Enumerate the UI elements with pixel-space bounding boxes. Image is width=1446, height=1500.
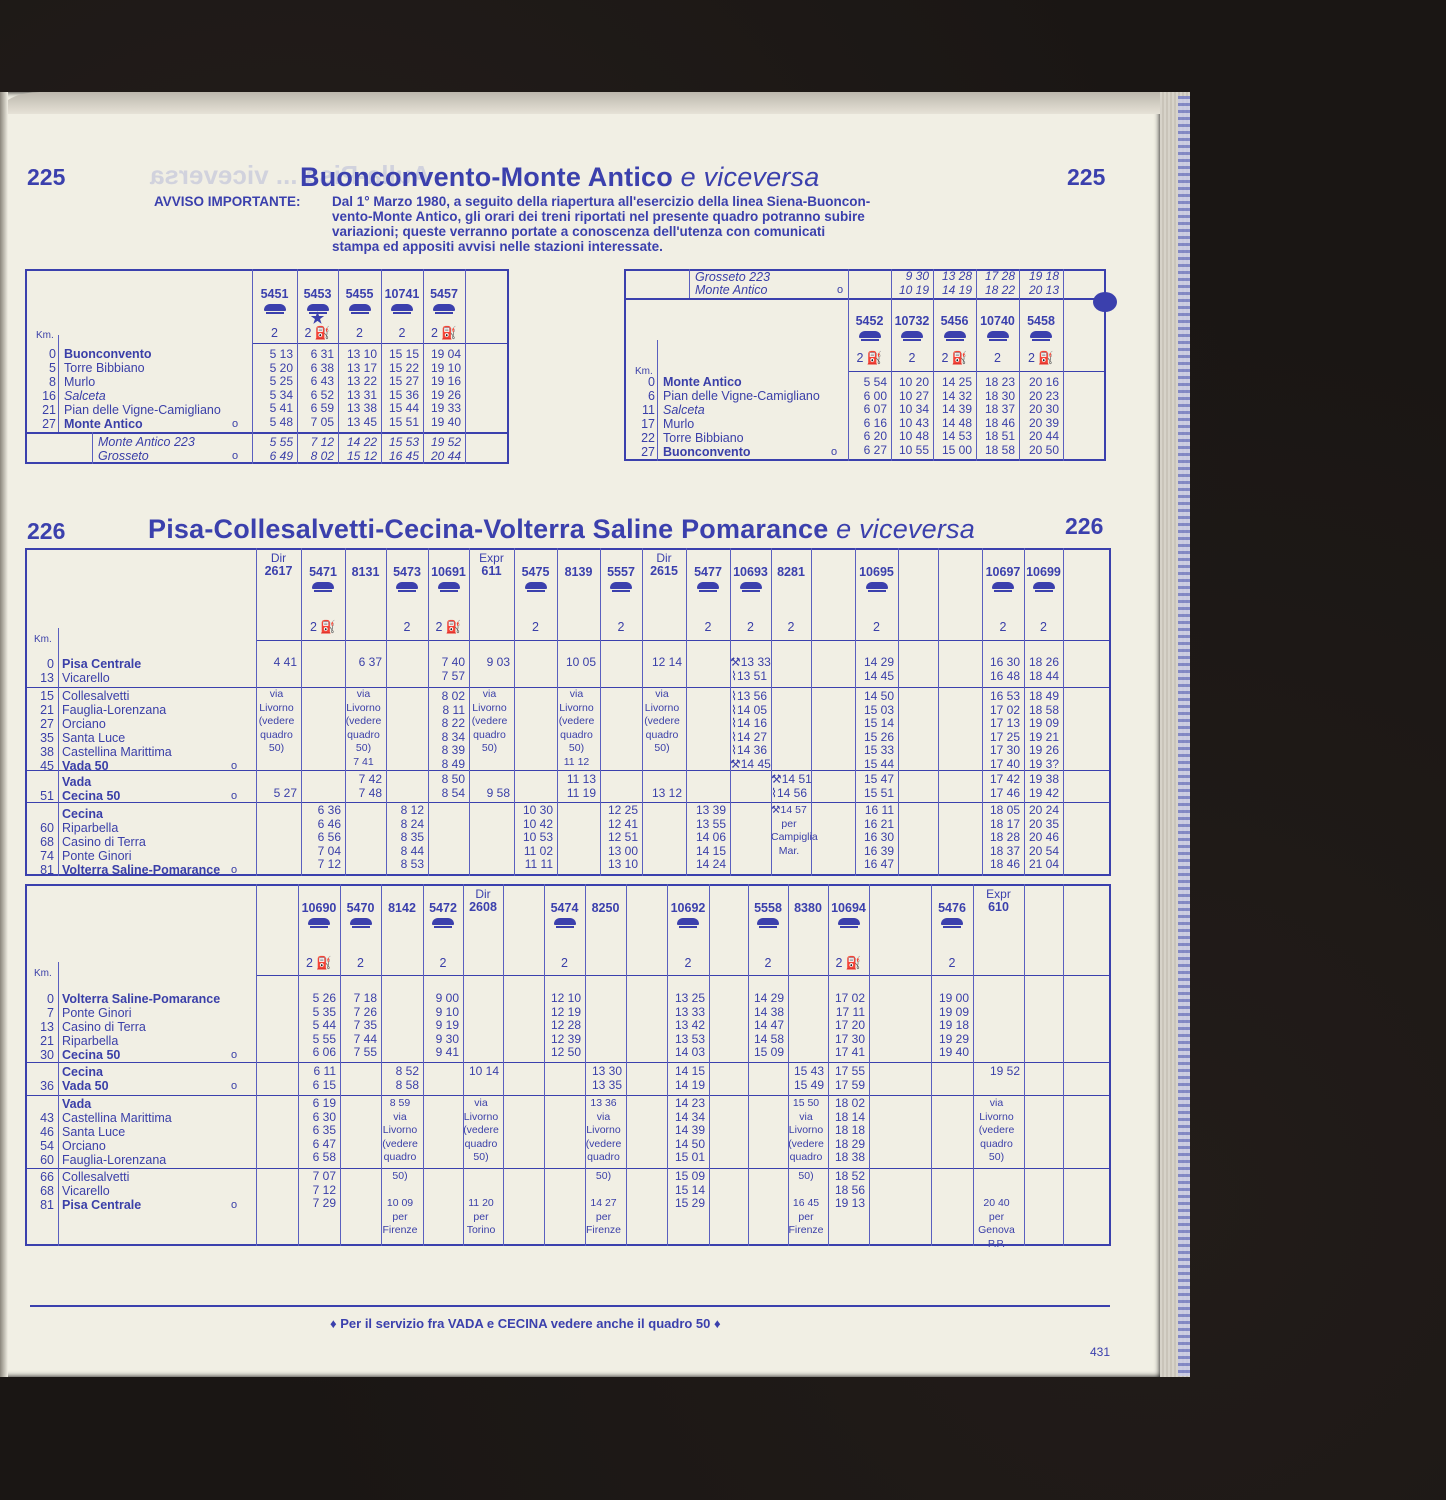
col-line (503, 884, 504, 1246)
train-header: 10740 (976, 315, 1019, 338)
railcar-icon (757, 918, 779, 925)
train-number: 10732 (895, 314, 930, 328)
divider (25, 432, 509, 434)
station-name: Murlo (663, 418, 694, 432)
railcar-icon (391, 304, 413, 311)
time-values: 5 26 5 35 5 44 5 55 6 06 (298, 992, 336, 1060)
col-line (898, 548, 899, 876)
km-value: 54 (34, 1140, 54, 1154)
class-label: 2 (381, 326, 423, 340)
time-values: 19 04 19 10 19 16 19 26 19 33 19 40 (423, 348, 461, 429)
title-text: Buonconvento-Monte Antico (300, 162, 673, 192)
station-name: Cecina (62, 1066, 103, 1080)
train-header: 5455 (338, 288, 381, 311)
railcar-icon (941, 918, 963, 925)
railcar-icon (992, 582, 1014, 589)
col-line (340, 884, 341, 1246)
class-label: 2 (600, 620, 642, 634)
train-number: 8142 (388, 901, 416, 915)
km-value: 30 (34, 1049, 54, 1063)
time-values: 18 49 18 58 19 09 19 21 19 26 19 3? (1024, 690, 1059, 771)
station-name: Riparbella (62, 822, 118, 836)
connection-times: 7 12 8 02 (297, 436, 334, 463)
conn-divider (689, 269, 690, 298)
time-values: 6 37 (345, 656, 382, 670)
railcar-icon (438, 582, 460, 589)
km-value: 17 (635, 418, 655, 432)
train-number: 5472 (429, 901, 457, 915)
train-header: 8142 (381, 902, 423, 915)
class-label: 2 ⛽ (297, 326, 338, 341)
station-name: Salceta (663, 404, 705, 418)
train-header: Expr611 (469, 552, 514, 578)
train-header: 5458 (1019, 315, 1063, 338)
class-label: 2 ⛽ (298, 956, 340, 971)
train-number: 610 (988, 900, 1009, 914)
train-number: 5475 (522, 565, 550, 579)
train-header: Dir2608 (463, 888, 503, 914)
station-name: Vicarello (62, 1185, 110, 1199)
station-name: Vada 50 (62, 1080, 109, 1094)
routing-note: via Livorno (vedere quadro 50) (973, 1097, 1020, 1165)
col-line (748, 884, 749, 1246)
railcar-icon (396, 582, 418, 589)
class-label: 2 (771, 620, 811, 634)
station-name: Orciano (62, 718, 106, 732)
time-values: 15 47 15 51 (855, 773, 894, 800)
conn-divider (92, 432, 93, 464)
km-value: 0 (34, 658, 54, 672)
time-values: 13 12 (642, 773, 682, 800)
train-number: 5558 (754, 901, 782, 915)
railcar-icon (1030, 331, 1052, 338)
railcar-icon (308, 918, 330, 925)
routing-note: via Livorno (vedere quadro 50) (256, 688, 297, 756)
station-name: Torre Bibbiano (64, 362, 145, 376)
routing-note: via Livorno (vedere quadro 50) (642, 688, 682, 756)
col-line (256, 884, 257, 1246)
time-values: 13 10 13 17 13 22 13 31 13 38 13 45 (338, 348, 377, 429)
train-header: Expr610 (973, 888, 1024, 914)
km-value: 0 (635, 376, 655, 390)
station-name: Monte Antico (663, 376, 742, 390)
railcar-icon (859, 331, 881, 338)
station-name: Cecina (62, 808, 103, 822)
km-value: 21 (34, 1035, 54, 1049)
station-name: Ponte Ginori (62, 1007, 131, 1021)
col-line (1024, 884, 1025, 1246)
class-label: 2 (976, 351, 1019, 365)
station-name: Cecina 50 (62, 790, 120, 804)
station-name: Collesalvetti (62, 1171, 129, 1185)
col-line (423, 884, 424, 1246)
class-label: 2 (252, 326, 297, 340)
station-name: Ponte Ginori (62, 850, 131, 864)
time-values: 6 19 6 30 6 35 6 47 6 58 (298, 1097, 336, 1165)
routing-note: 50) 10 09 per Firenze (381, 1170, 419, 1238)
train-header: 5456 (933, 315, 976, 338)
train-number: 5458 (1027, 314, 1055, 328)
train-header: 10690 (298, 902, 340, 925)
km-value: 27 (36, 418, 56, 432)
km-value: 27 (635, 446, 655, 460)
table-226-return (25, 884, 1111, 1246)
connection-times: 19 52 20 44 (423, 436, 461, 463)
time-values: 8 02 8 11 8 22 8 34 8 39 8 49 (428, 690, 465, 771)
km-value: 68 (34, 836, 54, 850)
station-name: Salceta (64, 390, 106, 404)
train-header: 8380 (788, 902, 828, 915)
time-values: 5 54 6 00 6 07 6 16 6 20 6 27 (848, 376, 887, 457)
routing-note: via Livorno (vedere quadro 50) (469, 688, 510, 756)
time-values: 17 42 17 46 (982, 773, 1020, 800)
railcar-icon (987, 331, 1009, 338)
time-values: 4 41 (256, 656, 297, 670)
train-header: 5457 (423, 288, 465, 311)
terminus-marker: o (231, 1049, 237, 1061)
routing-note: 15 50 via Livorno (vedere quadro (788, 1097, 824, 1165)
class-label: 2 (338, 326, 381, 340)
time-values: 13 30 13 35 (585, 1065, 622, 1092)
station-name: Casino di Terra (62, 1021, 146, 1035)
time-values: 15 09 15 14 15 29 (667, 1170, 705, 1211)
km-value: 13 (34, 672, 54, 686)
time-values: 10 30 10 42 10 53 11 02 11 11 (514, 804, 553, 872)
train-number: 5473 (393, 565, 421, 579)
col-line (1063, 884, 1064, 1246)
train-header: 5475 (514, 566, 557, 589)
train-number: 5456 (941, 314, 969, 328)
col-line (1063, 269, 1064, 461)
terminus-marker: o (837, 284, 843, 296)
train-number: 5557 (607, 565, 635, 579)
connection-times (848, 270, 887, 284)
class-label: 2 (423, 956, 463, 970)
time-values: ⌇13 56 ⌇14 05 ⌇14 16 ⌇14 27 ⌇14 36 ⚒14 4… (730, 690, 767, 771)
station-name: Casino di Terra (62, 836, 146, 850)
connection-times: 14 22 15 12 (338, 436, 377, 463)
time-values: 6 36 6 46 6 56 7 04 7 12 (301, 804, 341, 872)
station-name: Vicarello (62, 672, 110, 686)
page-edges-print (1178, 96, 1190, 1376)
col-line (938, 548, 939, 876)
class-label: 2 ⛽ (828, 956, 869, 971)
km-label: Km. (34, 634, 52, 645)
time-values: 18 02 18 14 18 18 18 29 18 38 (828, 1097, 865, 1165)
footer-note: ♦ Per il servizio fra VADA e CECINA vede… (330, 1316, 721, 1331)
km-value: 74 (34, 850, 54, 864)
routing-note: 8 59 via Livorno (vedere quadro (381, 1097, 419, 1165)
railcar-icon (677, 918, 699, 925)
train-header: 5557 (600, 566, 642, 589)
time-values: ⚒14 51 ⌇14 56 (771, 773, 807, 800)
connection-times: 19 18 20 13 (1019, 270, 1059, 297)
notice-line: stampa ed appositi avvisi nelle stazioni… (332, 239, 942, 254)
time-values: 8 52 8 58 (381, 1065, 419, 1092)
railcar-icon (838, 918, 860, 925)
routing-note: 20 40 per Genova P.P. (973, 1170, 1020, 1251)
train-number: 10693 (733, 565, 768, 579)
time-values: 10 05 (557, 656, 596, 670)
time-values: 9 58 (469, 773, 510, 800)
class-label: 2 ⛽ (423, 326, 465, 341)
class-label: 2 (982, 620, 1024, 634)
train-number: 10697 (986, 565, 1021, 579)
train-header: 5476 (931, 902, 973, 925)
col-line (1063, 548, 1064, 876)
notice-line: Dal 1° Marzo 1980, a seguito della riape… (332, 194, 942, 209)
train-header: 8250 (585, 902, 626, 915)
train-number: 10694 (831, 901, 866, 915)
time-values: 16 53 17 02 17 13 17 25 17 30 17 40 (982, 690, 1020, 771)
train-number: 10740 (980, 314, 1015, 328)
class-label: 2 (514, 620, 557, 634)
routing-note: 50) 16 45 per Firenze (788, 1170, 824, 1238)
train-header: 5470 (340, 902, 381, 925)
connection-station: Monte Antico 223 (98, 436, 195, 450)
km-value: 60 (34, 1154, 54, 1168)
class-label: 2 ⛽ (428, 620, 469, 635)
time-values: 14 23 14 34 14 39 14 50 15 01 (667, 1097, 705, 1165)
train-header: 10693 (730, 566, 771, 589)
col-line (709, 884, 710, 1246)
train-header: 10741 (381, 288, 423, 311)
divider (25, 1095, 1111, 1096)
km-value: 21 (36, 404, 56, 418)
time-values: 7 42 7 48 (345, 773, 382, 800)
train-header: 5477 (686, 566, 730, 589)
divider (256, 975, 1111, 976)
class-label: 2 ⛽ (1019, 351, 1063, 366)
title-text: Pisa-Collesalvetti-Cecina-Volterra Salin… (148, 514, 828, 544)
notice-label: AVVISO IMPORTANTE: (154, 194, 301, 209)
divider (25, 1062, 1111, 1063)
connection-station: Grosseto (98, 450, 149, 464)
train-number: 8139 (565, 565, 593, 579)
station-name: Buonconvento (64, 348, 152, 362)
km-value: 11 (635, 404, 655, 418)
train-header: 5471 (301, 566, 345, 589)
class-label: 2 (748, 956, 788, 970)
station-name: Torre Bibbiano (663, 432, 744, 446)
routing-note: via Livorno (vedere quadro 50) 11 12 (557, 688, 596, 769)
train-header: 10694 (828, 902, 869, 925)
train-number: 5470 (347, 901, 375, 915)
routing-note: 50) 14 27 per Firenze (585, 1170, 622, 1238)
train-header: 10699 (1024, 566, 1063, 589)
time-values: 16 11 16 21 16 30 16 39 16 47 (855, 804, 894, 872)
station-name: Monte Antico (64, 418, 143, 432)
station-name: Pian delle Vigne-Camigliano (64, 404, 221, 418)
time-values: 8 50 8 54 (428, 773, 465, 800)
time-values: 17 02 17 11 17 20 17 30 17 41 (828, 992, 865, 1060)
km-value: 51 (34, 790, 54, 804)
train-header: Dir2615 (642, 552, 686, 578)
train-header: 10692 (667, 902, 709, 925)
train-number: 5451 (261, 287, 289, 301)
train-number: 10692 (671, 901, 706, 915)
km-label: Km. (36, 330, 54, 341)
km-value: 43 (34, 1112, 54, 1126)
class-label: 2 (931, 956, 973, 970)
routing-note: via Livorno (vedere quadro 50) (463, 1097, 499, 1165)
divider (25, 802, 1111, 803)
class-label: 2 (667, 956, 709, 970)
railcar-icon (432, 918, 454, 925)
time-values: 5 13 5 20 5 25 5 34 5 41 5 48 (252, 348, 293, 429)
train-header: 10732 (891, 315, 933, 338)
train-header: 5472 (423, 902, 463, 925)
terminus-marker: o (231, 1199, 237, 1211)
station-name: Volterra Saline-Pomarance (62, 864, 220, 878)
km-value: 22 (635, 432, 655, 446)
train-header: 10695 (855, 566, 898, 589)
divider (25, 770, 1111, 771)
class-label: 2 ⛽ (848, 351, 891, 366)
railcar-icon (312, 582, 334, 589)
train-header: 5558 (748, 902, 788, 925)
train-header: Dir2617 (256, 552, 301, 578)
section-number-226-left: 226 (27, 518, 65, 545)
class-label: 2 ⛽ (301, 620, 345, 635)
km-divider (58, 962, 59, 1246)
railcar-icon (610, 582, 632, 589)
time-values: 7 40 7 57 (428, 656, 465, 683)
time-values: 20 16 20 23 20 30 20 39 20 44 20 50 (1019, 376, 1059, 457)
divider (848, 371, 1106, 372)
km-value: 0 (34, 993, 54, 1007)
time-values: 5 27 (256, 773, 297, 800)
time-values: 13 25 13 33 13 42 13 53 14 03 (667, 992, 705, 1060)
train-header: 5473 (386, 566, 428, 589)
time-values: 17 55 17 59 (828, 1065, 865, 1092)
time-values: 18 26 18 44 (1024, 656, 1059, 683)
km-value: 36 (34, 1080, 54, 1094)
col-line (465, 269, 466, 464)
station-name: Riparbella (62, 1035, 118, 1049)
notice-line: vento-Monte Antico, gli orari dei treni … (332, 209, 942, 224)
station-name: Vada 50 (62, 760, 109, 774)
station-name: Castellina Marittima (62, 1112, 172, 1126)
km-value: 7 (34, 1007, 54, 1021)
section-number-225-left: 225 (27, 164, 65, 191)
train-number: 5457 (430, 287, 458, 301)
station-name: Vada (62, 776, 91, 790)
time-values: 15 15 15 22 15 27 15 36 15 44 15 51 (381, 348, 419, 429)
km-value: 60 (34, 822, 54, 836)
time-values: 13 39 13 55 14 06 14 15 14 24 (686, 804, 726, 872)
routing-note: ⚒14 57 per Campiglia Mar. (771, 804, 807, 858)
railcar-icon (1033, 582, 1055, 589)
time-values: 14 50 15 03 15 14 15 26 15 33 15 44 (855, 690, 894, 771)
routing-note: 13 36 via Livorno (vedere quadro (585, 1097, 622, 1165)
time-values: 8 12 8 24 8 35 8 44 8 53 (386, 804, 424, 872)
train-number: 5471 (309, 565, 337, 579)
section-number-226-right: 226 (1065, 513, 1103, 540)
train-number: 8250 (592, 901, 620, 915)
railcar-icon (554, 918, 576, 925)
train-header: 8139 (557, 566, 600, 579)
divider (624, 298, 1106, 300)
class-label: 2 (544, 956, 585, 970)
station-name: Vada (62, 1098, 91, 1112)
km-value: 46 (34, 1126, 54, 1140)
km-value: 5 (36, 362, 56, 376)
notice-line: variazioni; queste verranno portate a co… (332, 224, 942, 239)
train-number: 10691 (431, 565, 466, 579)
connection-times: 13 28 14 19 (933, 270, 972, 297)
train-number: 5474 (551, 901, 579, 915)
km-value: 21 (34, 704, 54, 718)
time-values: 12 25 12 41 12 51 13 00 13 10 (600, 804, 638, 872)
title-suffix: e viceversa (681, 162, 820, 192)
train-number: 611 (481, 564, 501, 578)
time-values: 12 10 12 19 12 28 12 39 12 50 (544, 992, 581, 1060)
time-values: 9 00 9 10 9 19 9 30 9 41 (423, 992, 459, 1060)
railcar-icon (866, 582, 888, 589)
col-line (544, 884, 545, 1246)
station-name: Cecina 50 (62, 1049, 120, 1063)
km-value: 68 (34, 1185, 54, 1199)
col-line (811, 548, 812, 876)
railcar-icon (944, 331, 966, 338)
col-line (869, 884, 870, 1246)
time-values: 7 18 7 26 7 35 7 44 7 55 (340, 992, 377, 1060)
train-number: 8281 (777, 565, 805, 579)
time-values: 7 07 7 12 7 29 (298, 1170, 336, 1211)
time-values: 9 03 (469, 656, 510, 670)
train-number: 2617 (265, 564, 293, 578)
terminus-marker: o (231, 1080, 237, 1092)
km-value: 38 (34, 746, 54, 760)
train-number: 10699 (1026, 565, 1061, 579)
connection-times: 9 30 10 19 (891, 270, 929, 297)
station-name: Pisa Centrale (62, 658, 141, 672)
ink-blot (1093, 292, 1117, 312)
station-name: Pian delle Vigne-Camigliano (663, 390, 820, 404)
time-values: 16 30 16 48 (982, 656, 1020, 683)
train-number: 8131 (352, 565, 380, 579)
section-226-title: Pisa-Collesalvetti-Cecina-Volterra Salin… (148, 514, 975, 545)
train-header: 5452 (848, 315, 891, 338)
class-label: 2 (730, 620, 771, 634)
railcar-icon (349, 304, 371, 311)
routing-note: 11 20 per Torino (463, 1170, 499, 1238)
railcar-icon (433, 304, 455, 311)
km-value: 66 (34, 1171, 54, 1185)
railcar-icon (740, 582, 762, 589)
km-divider (657, 340, 658, 461)
terminus-marker: o (232, 418, 238, 430)
km-divider (58, 335, 59, 432)
terminus-marker: o (232, 450, 238, 462)
class-label: 2 (891, 351, 933, 365)
railcar-icon (697, 582, 719, 589)
train-header: 5451 (252, 288, 297, 311)
time-values: 14 15 14 19 (667, 1065, 705, 1092)
time-values: 15 43 15 49 (788, 1065, 824, 1092)
time-values: 14 29 14 38 14 47 14 58 15 09 (748, 992, 784, 1060)
station-name: Murlo (64, 376, 95, 390)
km-label: Km. (34, 968, 52, 979)
train-number: 10741 (385, 287, 420, 301)
time-values: 12 14 (642, 656, 682, 670)
km-value: 13 (34, 1021, 54, 1035)
km-value: 45 (34, 760, 54, 774)
connection-times: 5 55 6 49 (252, 436, 293, 463)
time-values: 19 38 19 42 (1024, 773, 1059, 800)
train-number: 2615 (650, 564, 678, 578)
